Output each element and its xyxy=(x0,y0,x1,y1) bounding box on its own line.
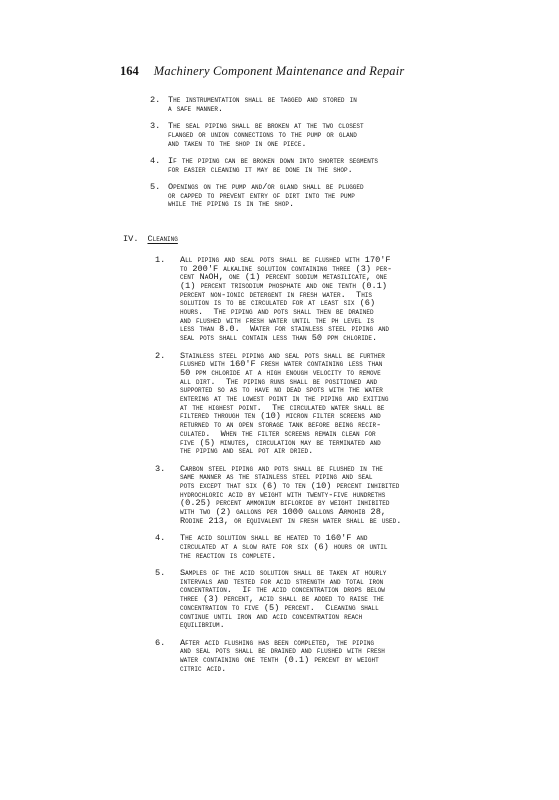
list-item: 5.Samples of the acid solution shall be … xyxy=(155,569,483,630)
item-text: The acid solution shall be heated to 160… xyxy=(180,534,387,560)
page-header: 164 Machinery Component Maintenance and … xyxy=(120,64,404,79)
section-numeral: IV. xyxy=(123,235,138,244)
list-item: 4.If the piping can be broken down into … xyxy=(150,157,483,174)
page-body: 2.The instrumentation shall be tagged an… xyxy=(123,96,483,682)
item-number: 3. xyxy=(155,465,180,474)
item-number: 3. xyxy=(150,122,168,131)
item-number: 1. xyxy=(155,256,180,265)
list-item: 6.After acid flushing has been completed… xyxy=(155,639,483,674)
item-number: 6. xyxy=(155,639,180,648)
item-number: 5. xyxy=(155,569,180,578)
item-number: 4. xyxy=(150,157,168,166)
item-text: All piping and seal pots shall be flushe… xyxy=(180,256,392,343)
item-number: 4. xyxy=(155,534,180,543)
page-number: 164 xyxy=(120,64,139,79)
item-text: Samples of the acid solution shall be ta… xyxy=(180,569,386,630)
item-number: 5. xyxy=(150,183,168,192)
document-page: 164 Machinery Component Maintenance and … xyxy=(0,0,559,800)
list-item: 5.Openings on the pump and/or gland shal… xyxy=(150,183,483,209)
list-item: 2.Stainless steel piping and seal pots s… xyxy=(155,352,483,456)
list-item: 1.All piping and seal pots shall be flus… xyxy=(155,256,483,343)
item-text: Openings on the pump and/or gland shall … xyxy=(168,183,364,209)
item-text: Carbon steel piping and pots shall be fl… xyxy=(180,465,401,526)
item-text: The instrumentation shall be tagged and … xyxy=(168,96,357,113)
item-text: If the piping can be broken down into sh… xyxy=(168,157,378,174)
item-text: Stainless steel piping and seal pots sha… xyxy=(180,352,388,456)
section-title: Cleaning xyxy=(147,235,177,244)
item-number: 2. xyxy=(150,96,168,105)
list-item: 4.The acid solution shall be heated to 1… xyxy=(155,534,483,560)
item-text: After acid flushing has been completed, … xyxy=(180,639,385,674)
list-item: 3.Carbon steel piping and pots shall be … xyxy=(155,465,483,526)
list-item: 2.The instrumentation shall be tagged an… xyxy=(150,96,483,113)
section-heading: IV. Cleaning xyxy=(123,235,483,244)
item-number: 2. xyxy=(155,352,180,361)
cleaning-steps-list: 1.All piping and seal pots shall be flus… xyxy=(155,256,483,674)
item-text: The seal piping shall be broken at the t… xyxy=(168,122,364,148)
list-item: 3.The seal piping shall be broken at the… xyxy=(150,122,483,148)
running-title: Machinery Component Maintenance and Repa… xyxy=(154,64,405,79)
procedure-list-outer: 2.The instrumentation shall be tagged an… xyxy=(150,96,483,209)
